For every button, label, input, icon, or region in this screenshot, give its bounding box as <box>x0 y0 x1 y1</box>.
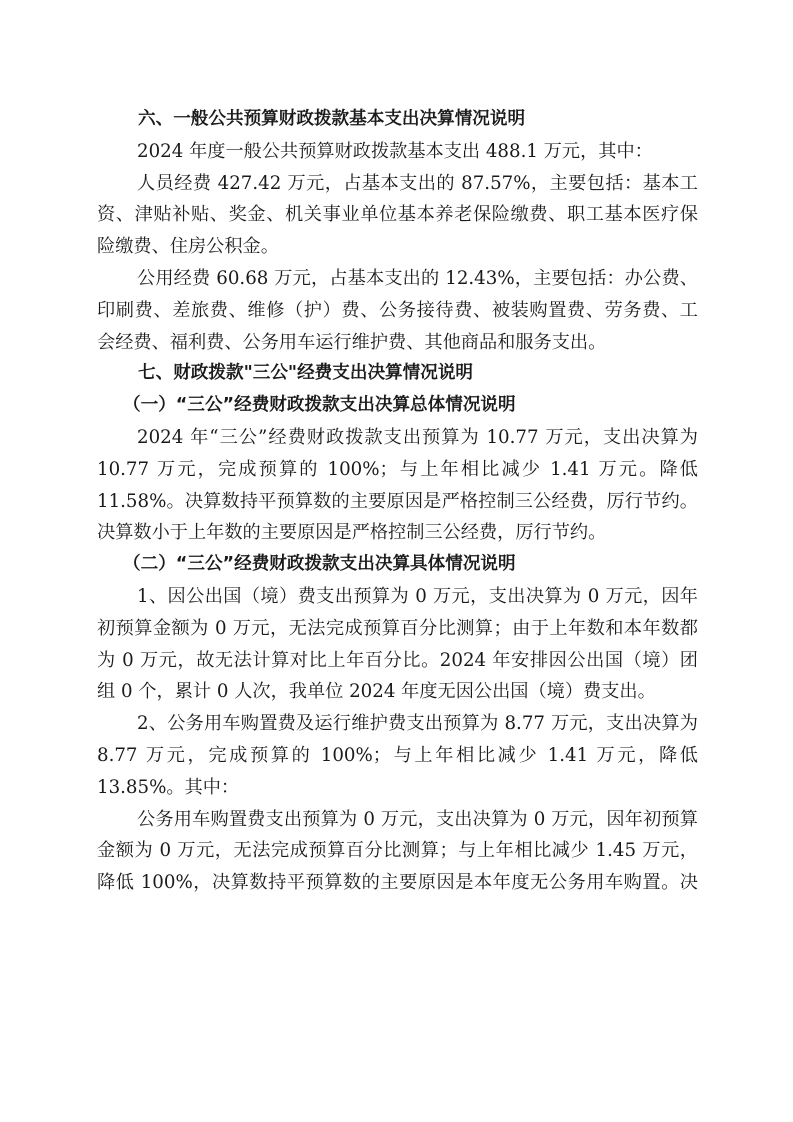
document-page: 六、一般公共预算财政拨款基本支出决算情况说明 2024 年度一般公共预算财政拨款… <box>97 104 698 899</box>
paragraph-line: 1、因公出国（境）费支出预算为 0 万元，支出决算为 0 万元，因年 <box>97 581 698 613</box>
subsection-heading-1: （一）“三公”经费财政拨款支出决算总体情况说明 <box>97 390 698 422</box>
paragraph-line: 印刷费、差旅费、维修（护）费、公务接待费、被装购置费、劳务费、工 <box>97 295 698 327</box>
section-heading-6: 六、一般公共预算财政拨款基本支出决算情况说明 <box>97 104 698 136</box>
paragraph-line: 组 0 个，累计 0 人次，我单位 2024 年度无因公出国（境）费支出。 <box>97 676 698 708</box>
paragraph-line: 2024 年“三公”经费财政拨款支出预算为 10.77 万元，支出决算为 <box>97 422 698 454</box>
paragraph-line: 会经费、福利费、公务用车运行维护费、其他商品和服务支出。 <box>97 327 698 359</box>
paragraph-line: 决算数小于上年数的主要原因是严格控制三公经费，厉行节约。 <box>97 517 698 549</box>
paragraph-line: 8.77 万元，完成预算的 100%；与上年相比减少 1.41 万元，降低 <box>97 740 698 772</box>
paragraph-line: 金额为 0 万元，无法完成预算百分比测算；与上年相比减少 1.45 万元， <box>97 835 698 867</box>
paragraph-line: 资、津贴补贴、奖金、机关事业单位基本养老保险缴费、职工基本医疗保 <box>97 199 698 231</box>
paragraph-line: 公务用车购置费支出预算为 0 万元，支出决算为 0 万元，因年初预算 <box>97 804 698 836</box>
paragraph-line: 险缴费、住房公积金。 <box>97 231 698 263</box>
paragraph-line: 10.77 万元，完成预算的 100%；与上年相比减少 1.41 万元。降低 <box>97 454 698 486</box>
paragraph-line: 2、公务用车购置费及运行维护费支出预算为 8.77 万元，支出决算为 <box>97 708 698 740</box>
paragraph-line: 为 0 万元，故无法计算对比上年百分比。2024 年安排因公出国（境）团 <box>97 645 698 677</box>
paragraph-line: 初预算金额为 0 万元，无法完成预算百分比测算；由于上年数和本年数都 <box>97 613 698 645</box>
paragraph-line: 降低 100%，决算数持平预算数的主要原因是本年度无公务用车购置。决 <box>97 867 698 899</box>
section-heading-7: 七、财政拨款"三公"经费支出决算情况说明 <box>97 358 698 390</box>
paragraph-line: 13.85%。其中： <box>97 772 698 804</box>
paragraph-line: 2024 年度一般公共预算财政拨款基本支出 488.1 万元，其中： <box>97 136 698 168</box>
paragraph-line: 11.58%。决算数持平预算数的主要原因是严格控制三公经费，厉行节约。 <box>97 486 698 518</box>
paragraph-line: 人员经费 427.42 万元，占基本支出的 87.57%，主要包括：基本工 <box>97 168 698 200</box>
paragraph-line: 公用经费 60.68 万元，占基本支出的 12.43%，主要包括：办公费、 <box>97 263 698 295</box>
subsection-heading-2: （二）“三公”经费财政拨款支出决算具体情况说明 <box>97 549 698 581</box>
